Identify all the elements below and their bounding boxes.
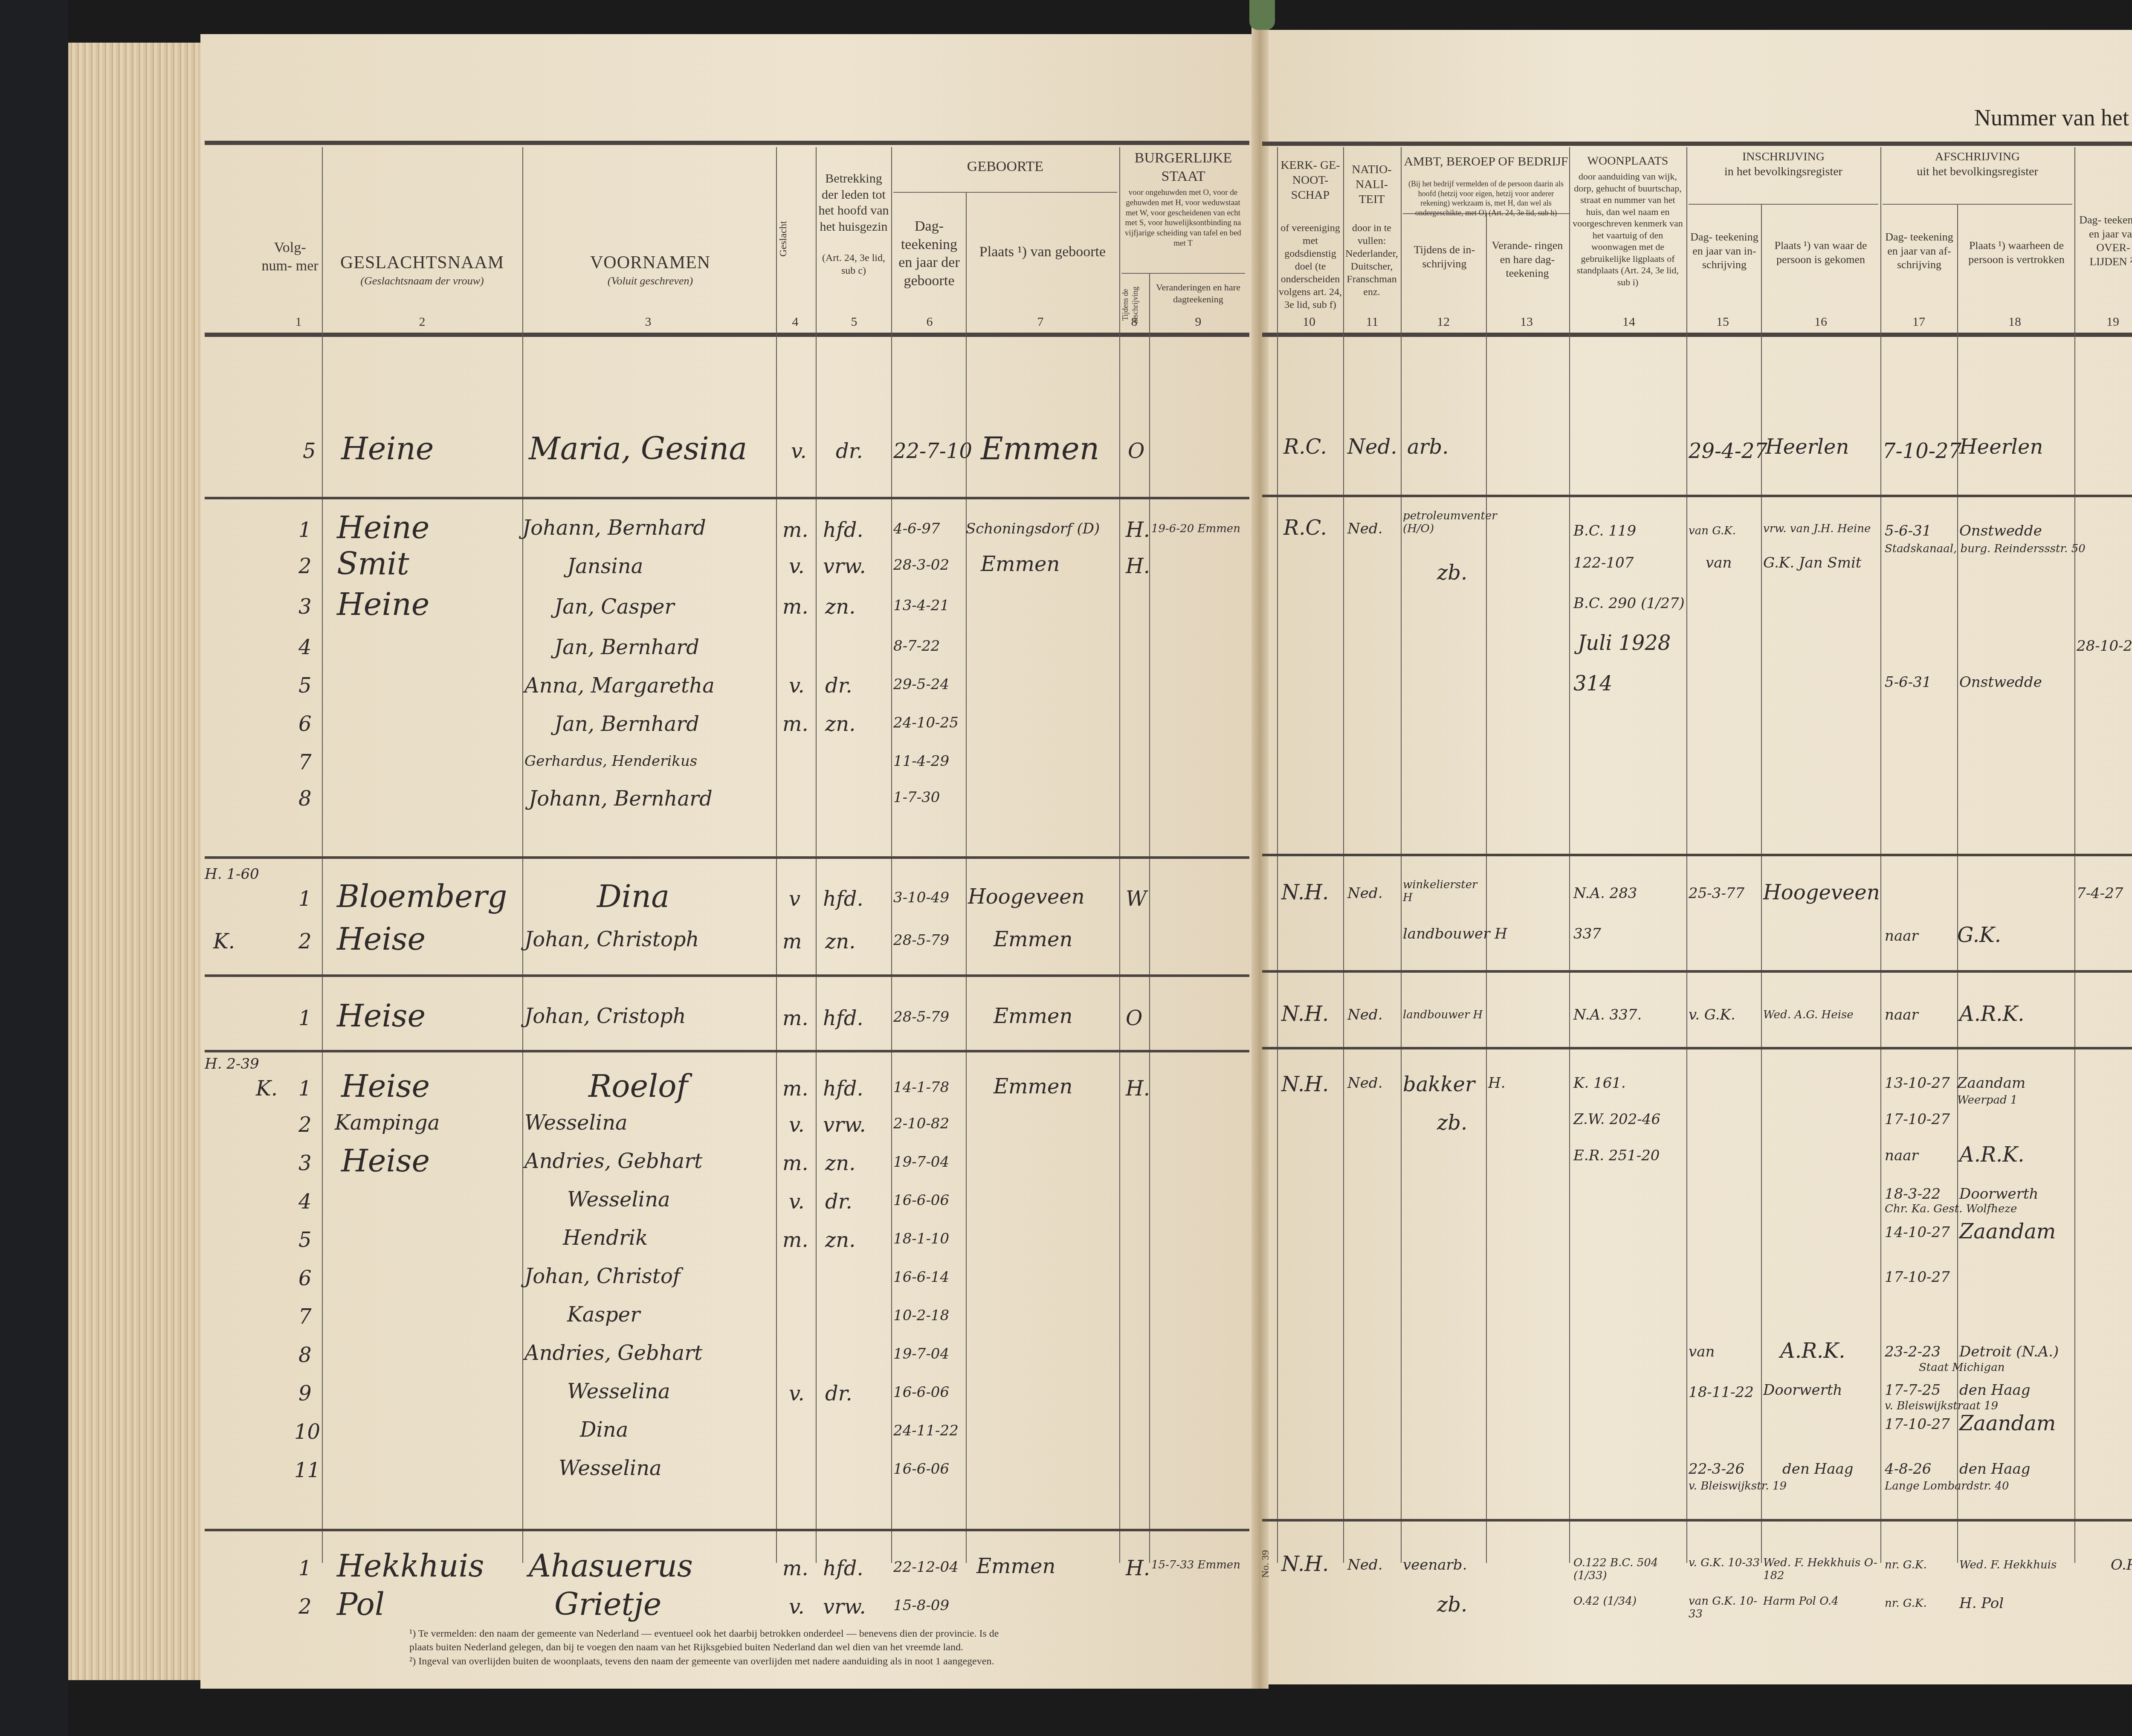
header-bottom-rule (205, 333, 1249, 337)
relation: hfd. (823, 518, 863, 542)
residence: Juli 1928 (1578, 631, 1671, 655)
sex: v. (791, 439, 807, 463)
out-to: A.R.K. (1959, 1143, 2024, 1167)
occupation: zb. (1437, 561, 1467, 585)
out-date: nr. G.K. (1885, 1597, 1927, 1610)
col14-header: WOONPLAATS (1571, 154, 1684, 168)
birth-date: 22-7-10 (893, 439, 972, 463)
death-date: O.R. (2111, 1556, 2132, 1574)
surname: Heise (341, 1068, 430, 1104)
sex: v. (789, 674, 805, 698)
sex: m. (782, 1556, 808, 1580)
row-number: 8 (298, 787, 312, 811)
in-date: 22-3-26 (1689, 1461, 1744, 1478)
out-date: 5-6-31 (1885, 522, 1932, 539)
birth-date: 16-6-06 (893, 1461, 949, 1478)
out-to: Doorwerth (1959, 1185, 2039, 1203)
in-from: A.R.K. (1780, 1339, 1845, 1363)
row-number: 8 (298, 1343, 312, 1367)
relation: zn. (825, 595, 855, 619)
relation: zn. (825, 1228, 855, 1252)
geboorte-group-header: GEBOORTE (893, 158, 1117, 176)
out-to: A.R.K. (1959, 1002, 2024, 1026)
nationality: Ned. (1347, 435, 1397, 459)
out-date: 23-2-23 (1885, 1343, 1941, 1360)
in-from: Harm Pol O.4 (1763, 1595, 1878, 1608)
row-number: 11 (294, 1458, 320, 1482)
out-date: 13-10-27 (1885, 1075, 1950, 1092)
row-prefix: K. (213, 930, 235, 953)
col-number: 7 (1032, 315, 1049, 329)
birth-date: 16-6-06 (893, 1384, 949, 1401)
birth-date: 29-5-24 (893, 676, 949, 693)
book-gutter (1251, 26, 1269, 1689)
row-number: 2 (298, 554, 312, 578)
household-separator (1262, 1519, 2132, 1522)
burgerlijke-subrule (1121, 273, 1245, 274)
in-date: van G.K. 10-33 (1689, 1595, 1761, 1620)
death-date: 7-4-27 (2077, 885, 2123, 902)
residence: 314 (1573, 672, 1613, 696)
page-edges-left (68, 43, 205, 1680)
col11-header: NATIO- NALI- TEIT (1344, 162, 1399, 207)
col-divider (1761, 205, 1762, 1563)
out-to: den Haag (1959, 1382, 2031, 1399)
burgerlijke-staat-note: voor ongehuwden met O, voor de gehuwden … (1122, 188, 1244, 249)
out-date: 18-3-22 (1885, 1185, 1941, 1203)
sex: v. (789, 1113, 805, 1137)
col-number: 2 (414, 315, 431, 329)
church: R.C. (1283, 435, 1327, 459)
civil-status: H. (1126, 1077, 1150, 1101)
relation: zn. (825, 712, 855, 736)
in-date: van (1689, 1343, 1715, 1360)
relation: hfd. (823, 1006, 863, 1030)
birth-place: Emmen (994, 1075, 1072, 1098)
civil-change: 19-6-20 Emmen (1151, 522, 1245, 535)
row-prefix: K. (256, 1077, 278, 1101)
birth-date: 18-1-10 (893, 1230, 949, 1247)
civil-change: 15-7-33 Emmen (1151, 1559, 1245, 1571)
sex: m. (782, 1151, 808, 1175)
given-names: Andries, Gebhart (524, 1341, 702, 1365)
out-to: H. Pol (1959, 1595, 2004, 1612)
given-names: Johann, Bernhard (529, 787, 713, 811)
col-divider (322, 147, 323, 1563)
sex: v. (789, 554, 805, 578)
row-number: 6 (298, 1266, 312, 1290)
in-from: Heerlen (1765, 435, 1849, 459)
col-number: 13 (1518, 315, 1535, 329)
header-bottom-rule-right (1262, 333, 2132, 337)
given-names: Johann, Bernhard (522, 516, 706, 540)
relation: dr. (836, 439, 863, 463)
footnote-1: ¹) Te vermelden: den naam der gemeente v… (409, 1627, 1006, 1655)
col-number: 9 (1190, 315, 1207, 329)
col2-header: GESLACHTSNAAM (328, 252, 516, 274)
relation: hfd. (823, 1077, 863, 1101)
col-number: 16 (1812, 315, 1829, 329)
out-to: Zaandam (1959, 1411, 2056, 1435)
birth-date: 14-1-78 (893, 1079, 949, 1096)
given-names: Gerhardus, Henderikus (524, 753, 697, 770)
in-from: vrw. van J.H. Heine (1763, 522, 1874, 535)
row-number: 1 (298, 518, 312, 542)
row-number: 7 (298, 751, 312, 774)
given-names: Johan, Cristoph (524, 1004, 686, 1028)
birth-date: 10-2-18 (893, 1307, 949, 1324)
col-number: 1 (290, 315, 307, 329)
out-date: nr. G.K. (1885, 1559, 1927, 1571)
col-number: 17 (1910, 315, 1927, 329)
footnotes: ¹) Te vermelden: den naam der gemeente v… (409, 1627, 1006, 1668)
col16-header: Plaats ¹) van waar de persoon is gekomen (1763, 239, 1878, 267)
residence: K. 161. (1573, 1075, 1626, 1092)
residence: E.R. 251-20 (1573, 1147, 1660, 1164)
occupation: winkelierster H (1403, 878, 1484, 904)
out-date: naar (1885, 1147, 1918, 1164)
civil-status: O (1126, 1006, 1142, 1030)
col-divider (1486, 213, 1487, 1563)
in-date: 18-11-22 (1689, 1384, 1754, 1401)
relation: hfd. (823, 887, 863, 911)
birth-date: 19-7-04 (893, 1153, 949, 1171)
nationality: Ned. (1347, 1556, 1382, 1574)
out-date: naar (1885, 1006, 1918, 1023)
residence: B.C. 290 (1/27) (1573, 595, 1685, 612)
col10-subheader: of vereeniging met godsdienstig doel (te… (1278, 222, 1342, 311)
occupation: bakker (1403, 1072, 1475, 1096)
occupation: zb. (1437, 1593, 1467, 1617)
residence: 122-107 (1573, 554, 1634, 571)
sex: m. (782, 712, 808, 736)
out-date: 14-10-27 (1885, 1224, 1950, 1241)
birth-date: 28-5-79 (893, 932, 949, 949)
row-number: 6 (298, 712, 312, 736)
col12-header: Tijdens de in- schrijving (1403, 243, 1486, 271)
out-date: 17-10-27 (1885, 1111, 1950, 1128)
sex: m. (782, 595, 808, 619)
residence: 337 (1573, 925, 1601, 942)
surname: Heise (341, 1143, 430, 1179)
header-top-rule-right (1262, 142, 2132, 146)
inschrijving-group-sub: in het bevolkingsregister (1689, 164, 1878, 179)
col17-header: Dag- teekening en jaar van af- schrijvin… (1883, 230, 1956, 272)
household-separator (205, 1050, 1249, 1052)
out-to: Onstwedde (1959, 674, 2042, 691)
row-number: 5 (303, 439, 316, 463)
row-number: 4 (298, 635, 312, 659)
out-date: 17-7-25 (1885, 1382, 1941, 1399)
relation: zn. (825, 1151, 855, 1175)
church: N.H. (1281, 1072, 1329, 1096)
household-separator (1262, 495, 2132, 497)
household-separator (1262, 970, 2132, 973)
birth-place: Schoningsdorf (D) (966, 520, 1100, 537)
church: R.C. (1283, 516, 1327, 540)
row-number: 1 (298, 1556, 312, 1580)
relation: dr. (825, 674, 852, 698)
in-from: Wed. F. Hekkhuis O-182 (1763, 1556, 1878, 1582)
out-to: den Haag (1959, 1461, 2031, 1478)
book-binding-left (0, 0, 68, 1736)
sex: m. (782, 518, 808, 542)
footnote-2: ²) Ingeval van overlijden buiten de woon… (409, 1655, 1006, 1668)
col-number: 4 (787, 315, 804, 329)
nationality: Ned. (1347, 520, 1382, 537)
residence: B.C. 119 (1573, 522, 1636, 539)
out-to: Heerlen (1959, 435, 2043, 459)
birth-date: 22-12-04 (893, 1559, 959, 1576)
row-number: 2 (298, 1595, 312, 1619)
out-to: Wed. F. Hekkhuis (1959, 1559, 2057, 1571)
given-names: Johan, Christof (524, 1264, 681, 1288)
church: N.H. (1281, 881, 1329, 904)
col19-header: Dag- teekening en jaar van OVER- LIJDEN … (2077, 213, 2132, 269)
relation: hfd. (823, 1556, 863, 1580)
nationality: Ned. (1347, 1006, 1382, 1023)
out-to: G.K. (1957, 923, 2001, 947)
surname: Heine (341, 431, 434, 467)
col3-subheader: (Voluit geschreven) (529, 274, 772, 288)
out-date: 4-8-26 (1885, 1461, 1932, 1478)
in-from: Doorwerth (1763, 1382, 1842, 1399)
out-date: 5-6-31 (1885, 674, 1932, 691)
sheet-number-label: Nummer van het blad (1974, 104, 2132, 131)
col-divider (816, 147, 817, 1563)
given-names: Wesselina (559, 1456, 662, 1480)
given-names: Kasper (567, 1303, 640, 1327)
birth-place: Emmen (994, 1004, 1072, 1028)
in-from-note: v. Bleiswijkstr. 19 (1689, 1480, 1787, 1493)
relation: vrw. (823, 1595, 866, 1619)
col4-header: Geslacht (777, 162, 814, 316)
occupation: petroleumventer (H/O) (1403, 510, 1467, 535)
given-names: Jansina (567, 554, 643, 578)
row-number: 4 (298, 1190, 312, 1214)
household-separator (205, 856, 1249, 859)
col7-header: Plaats ¹) van geboorte (968, 243, 1117, 261)
surname: Heise (337, 998, 426, 1034)
col-divider (776, 147, 777, 1563)
residence: Z.W. 202-46 (1573, 1111, 1660, 1128)
afschrijving-group-header: AFSCHRIJVING (1883, 149, 2072, 164)
row-number: 9 (298, 1382, 312, 1406)
sex: m (782, 930, 802, 953)
birth-date: 24-11-22 (893, 1422, 959, 1439)
surname: Heine (337, 586, 429, 622)
birth-date: 28-5-79 (893, 1009, 949, 1026)
ambt-note: (Bij het bedrijf vermelden of de persoon… (1405, 179, 1567, 217)
out-to: Zaandam (1957, 1075, 2025, 1092)
col-number: 12 (1435, 315, 1452, 329)
relation: zn. (825, 930, 855, 953)
given-names: Wesselina (567, 1188, 670, 1211)
given-names: Hendrik (563, 1226, 648, 1250)
civil-status: H. (1126, 518, 1150, 542)
in-date: v. G.K. 10-33 (1689, 1556, 1761, 1569)
surname: Kampinga (335, 1111, 440, 1135)
birth-date: 16-6-14 (893, 1269, 949, 1286)
residence: O.42 (1/34) (1573, 1595, 1637, 1608)
in-from: Wed. A.G. Heise (1763, 1009, 1854, 1021)
in-date: 25-3-77 (1689, 885, 1744, 902)
row-number: 1 (298, 887, 312, 911)
civil-status: H. (1126, 554, 1150, 578)
given-names: Johan, Christoph (524, 927, 699, 951)
surname: Smit (337, 546, 409, 582)
row-number: 1 (298, 1077, 312, 1101)
civil-status: H. (1126, 1556, 1150, 1580)
col-number: 3 (640, 315, 657, 329)
birth-date: 19-7-04 (893, 1345, 949, 1362)
out-to: Zaandam (1959, 1220, 2056, 1243)
sex: m. (782, 1077, 808, 1101)
out-to: Onstwedde (1959, 522, 2042, 539)
col2-subheader: (Geslachtsnaam der vrouw) (328, 274, 516, 288)
given-names: Anna, Margaretha (524, 674, 715, 698)
col-number: 15 (1714, 315, 1731, 329)
residence: N.A. 283 (1573, 885, 1637, 902)
row-number: 5 (298, 674, 312, 698)
sex: v (789, 887, 800, 911)
death-date: 28-10-23 (2077, 638, 2132, 655)
out-to-note: Lange Lombardstr. 40 (1885, 1480, 2009, 1493)
out-to-note: v. Bleiswijkstraat 19 (1885, 1400, 1998, 1412)
out-date: naar (1885, 927, 1918, 945)
in-from: G.K. Jan Smit (1763, 554, 1861, 571)
col11-subheader: door in te vullen: Nederlander, Duitsche… (1344, 222, 1399, 299)
household-separator (1262, 854, 2132, 856)
row-number: 7 (298, 1305, 312, 1329)
household-ref: H. 2-39 (205, 1055, 259, 1072)
birth-date: 11-4-29 (893, 753, 949, 770)
col14-subheader: door aanduiding van wijk, dorp, gehucht … (1571, 171, 1684, 288)
occupation: landbouwer H (1403, 1009, 1483, 1021)
household-separator (205, 497, 1249, 499)
household-separator (205, 974, 1249, 977)
col1-header: Volg- num- mer (260, 239, 320, 275)
in-date: van G.K. (1689, 525, 1736, 537)
out-to-note: Weerpad 1 (1957, 1094, 2017, 1107)
church: N.H. (1281, 1002, 1329, 1026)
ambt-group-header: AMBT, BEROEP OF BEDRIJF (1403, 154, 1569, 170)
row-number: 2 (298, 1113, 312, 1137)
in-date: v. G.K. (1689, 1006, 1735, 1023)
row-number: 5 (298, 1228, 312, 1252)
civil-status: W (1126, 887, 1147, 911)
out-to: Detroit (N.A.) (1959, 1343, 2059, 1360)
bookmark-ribbon (1249, 0, 1275, 30)
out-to-note: Chr. Ka. Gest. Wolfheze (1885, 1203, 2017, 1215)
surname: Heine (337, 510, 429, 545)
birth-date: 8-7-22 (893, 638, 940, 655)
occupation: veenarb. (1403, 1556, 1467, 1574)
given-names: Jan, Casper (554, 595, 674, 619)
col-number: 6 (921, 315, 938, 329)
nationality: Ned. (1347, 885, 1382, 902)
col-number: 5 (846, 315, 863, 329)
col10-header: KERK- GE- NOOT- SCHAP (1278, 158, 1342, 203)
col-number: 14 (1620, 315, 1637, 329)
birth-place: Hoogeveen (968, 885, 1085, 909)
birth-place: Emmen (981, 431, 1099, 467)
out-date: 7-10-27 (1883, 439, 1961, 463)
given-names: Dina (597, 878, 669, 914)
col15-header: Dag- teekening en jaar van in- schrijvin… (1689, 230, 1760, 272)
surname: Hekkhuis (337, 1548, 484, 1584)
col-number: 10 (1301, 315, 1318, 329)
afschrijving-subrule (1883, 204, 2072, 205)
sex: m. (782, 1006, 808, 1030)
nationality: Ned. (1347, 1075, 1382, 1092)
col18-header: Plaats ¹) waarheen de persoon is vertrok… (1959, 239, 2074, 267)
birth-place: Emmen (994, 927, 1072, 951)
form-number: No. 39 (1260, 1550, 1272, 1578)
col5-subheader: (Art. 24, 3e lid, sub c) (818, 252, 889, 277)
col-number: 18 (2006, 315, 2023, 329)
church: N.H. (1281, 1552, 1329, 1576)
occupation: landbouwer H (1403, 925, 1507, 942)
afschrijving-group-sub: uit het bevolkingsregister (1883, 164, 2072, 179)
given-names: Dina (580, 1418, 628, 1442)
given-names: Wesselina (567, 1380, 670, 1403)
row-number: 3 (298, 595, 312, 619)
col-number: 11 (1364, 315, 1381, 329)
birth-date: 4-6-97 (893, 520, 940, 537)
birth-date: 3-10-49 (893, 889, 949, 906)
col6-header: Dag- teekening en jaar der geboorte (893, 217, 965, 290)
row-number: 2 (298, 930, 312, 953)
row-number: 10 (294, 1420, 320, 1444)
out-date: 17-10-27 (1885, 1269, 1950, 1286)
surname: Heise (337, 921, 426, 957)
birth-date: 24-10-25 (893, 714, 959, 731)
birth-date: 16-6-06 (893, 1192, 949, 1209)
household-separator (205, 1529, 1249, 1531)
burgerlijke-staat-header: BURGERLIJKE STAAT (1121, 149, 1245, 185)
given-names: Jan, Bernhard (554, 635, 699, 659)
in-date: van (1706, 554, 1732, 571)
col-divider (522, 147, 523, 1563)
given-names: Ahasuerus (529, 1548, 693, 1584)
geboorte-subrule (893, 192, 1117, 193)
header-top-rule (205, 141, 1249, 145)
col-divider (1149, 273, 1150, 1563)
birth-date: 28-3-02 (893, 556, 949, 574)
surname: Pol (337, 1586, 385, 1622)
in-from: den Haag (1782, 1461, 1854, 1478)
birth-date: 15-8-09 (893, 1597, 949, 1614)
given-names: Wesselina (524, 1111, 628, 1135)
in-date: 29-4-27 (1689, 439, 1767, 463)
inschrijving-group-header: INSCHRIJVING (1689, 149, 1878, 164)
occupation: arb. (1407, 435, 1449, 459)
occupation-change: H. (1488, 1075, 1505, 1092)
relation: dr. (825, 1382, 852, 1406)
out-to-note: Staat Michigan (1919, 1361, 2005, 1374)
col-number: 8 (1126, 315, 1143, 329)
given-names: Grietje (554, 1586, 661, 1622)
sex: m. (782, 1228, 808, 1252)
out-date: 17-10-27 (1885, 1416, 1950, 1433)
household-separator (1262, 1047, 2132, 1049)
out-to-note: Stadskanaal, burg. Reinderssstr. 50 (1885, 542, 2086, 555)
residence: O.122 B.C. 504 (1/33) (1573, 1556, 1684, 1582)
row-number: 3 (298, 1151, 312, 1175)
sex: v. (789, 1382, 805, 1406)
civil-status: O (1128, 439, 1144, 463)
